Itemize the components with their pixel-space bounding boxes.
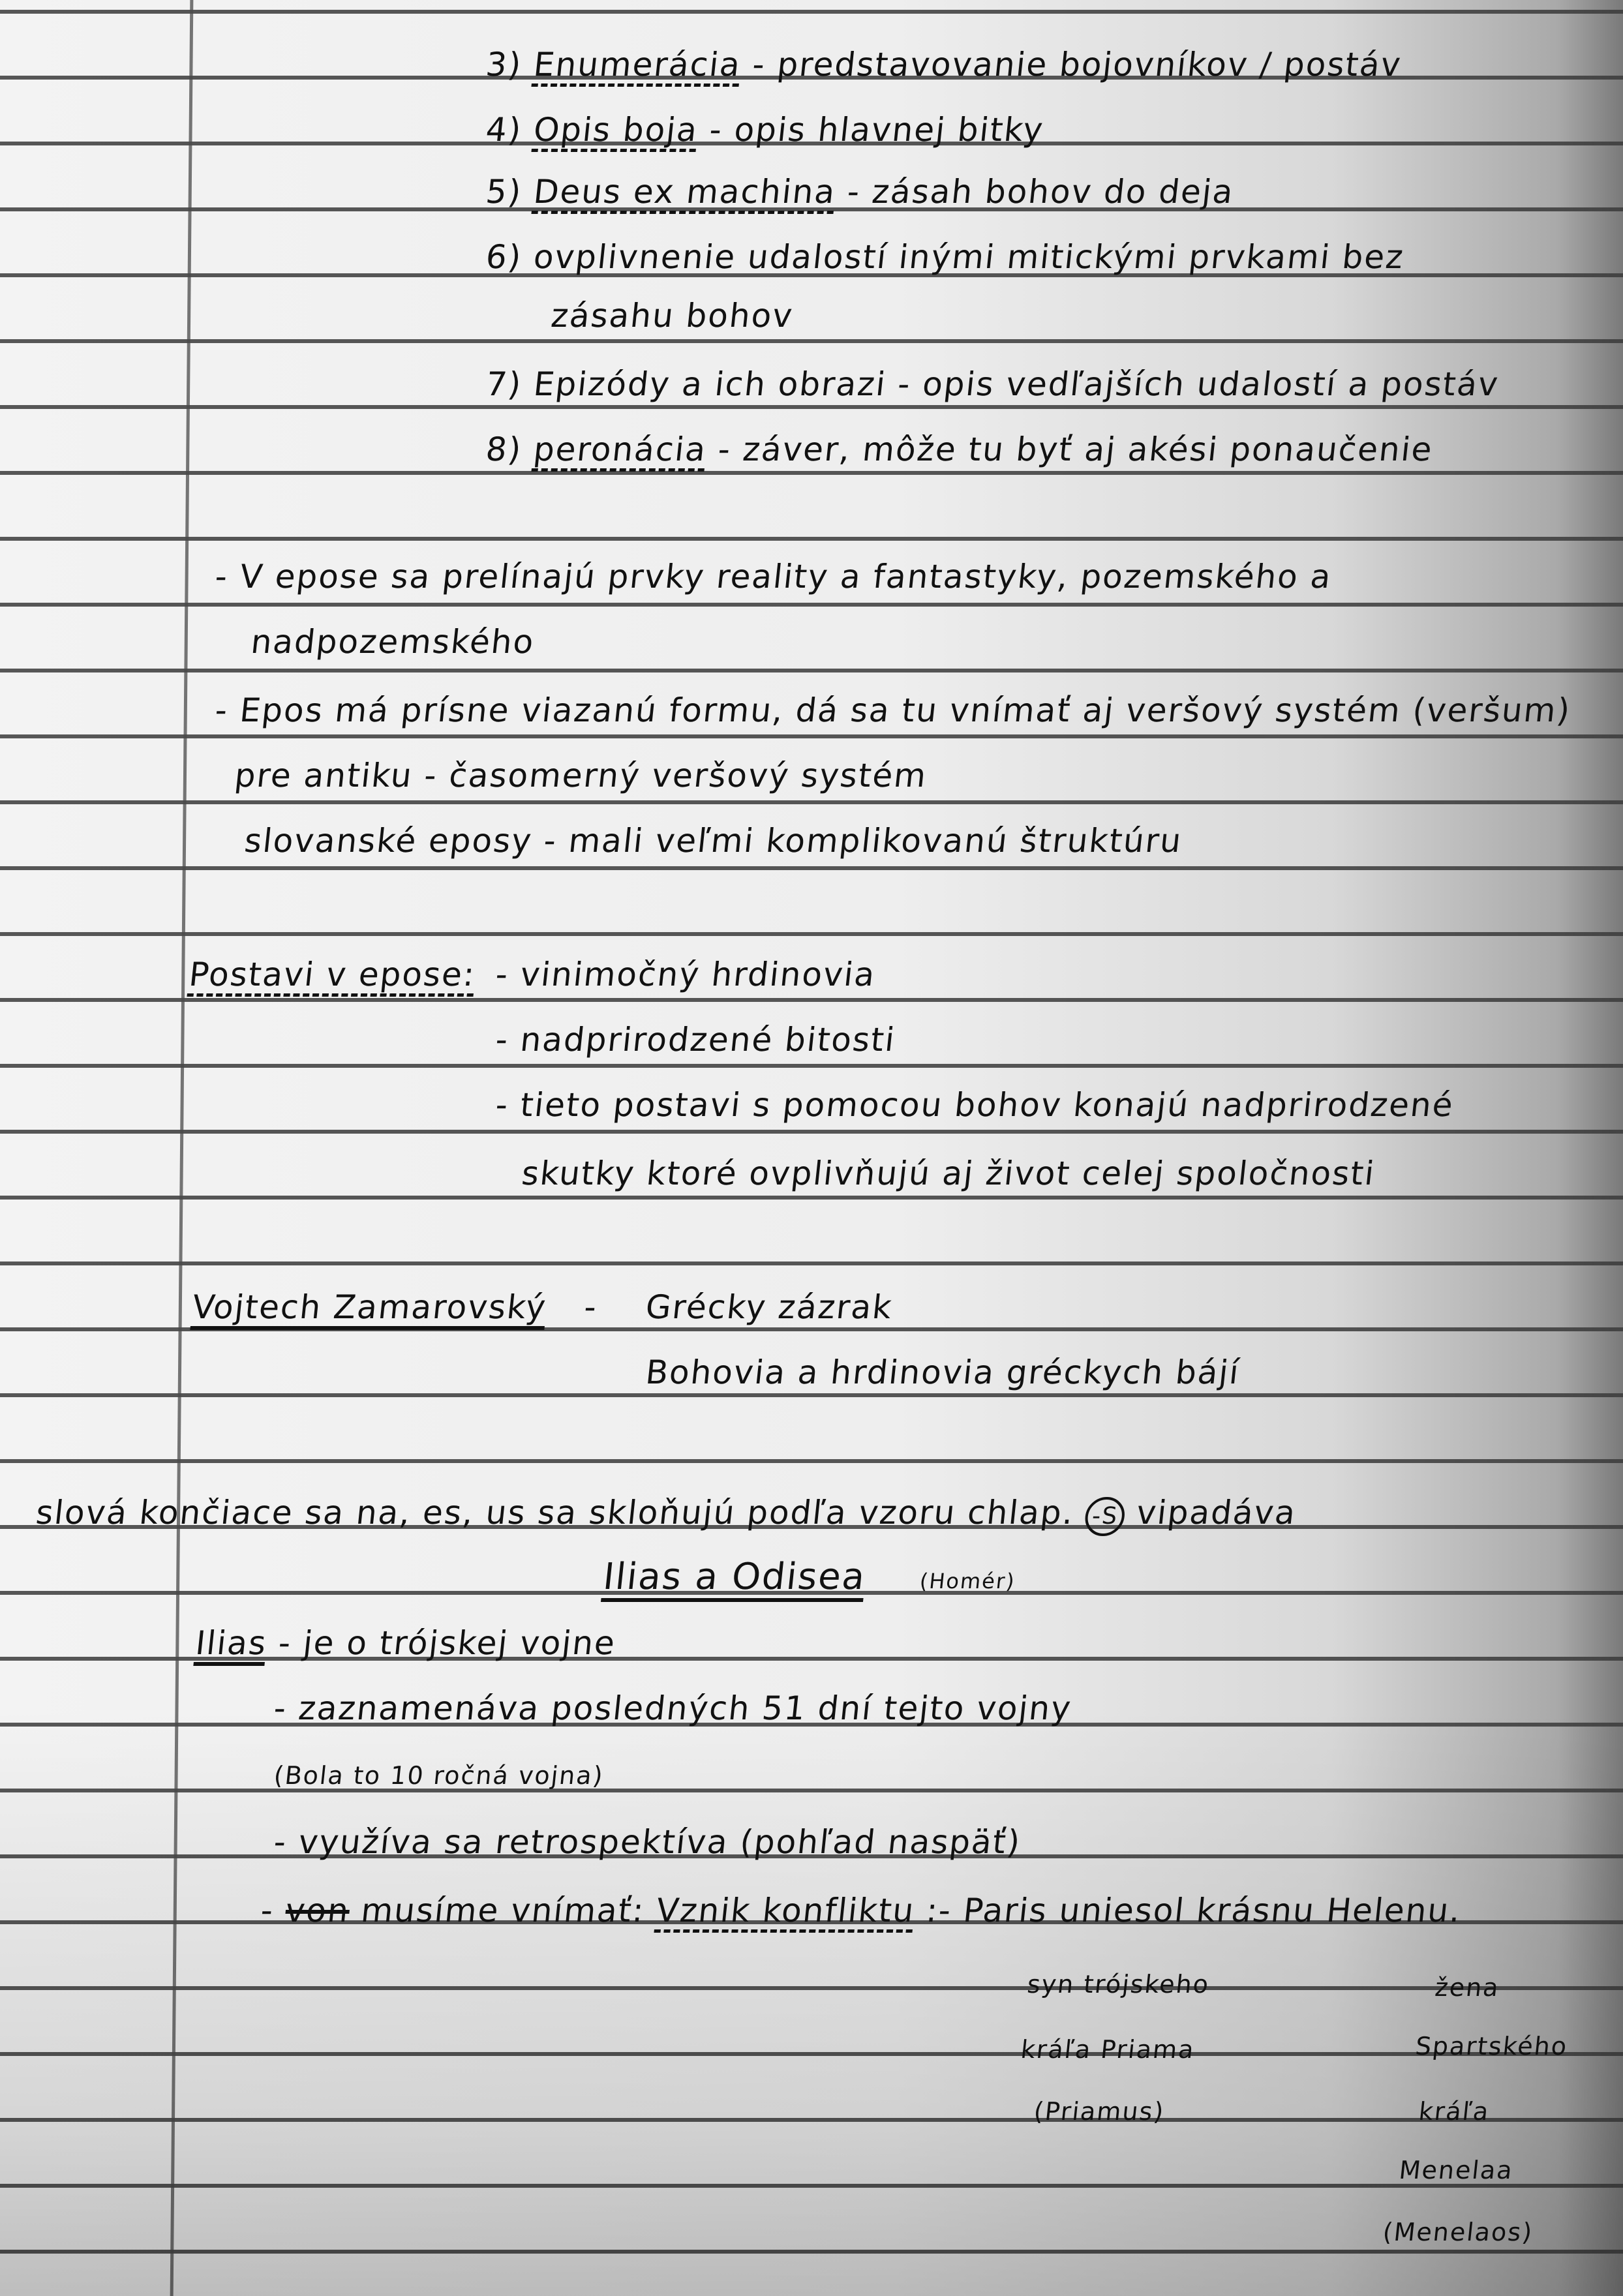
grammar-note: slová končiace sa na, es, us sa skloňujú…: [34, 1494, 1299, 1536]
feature-2-line2: pre antiku - časomerný veršový systém: [233, 757, 929, 794]
ruled-line: [0, 603, 1623, 607]
work-title-1: Grécky zázrak: [644, 1288, 895, 1326]
ruled-line: [0, 932, 1623, 936]
margin-line: [170, 0, 194, 2296]
paris-note-3: (Priamus): [1033, 2097, 1166, 2126]
list-item-5: 5) Deus ex machina - zásah bohov do deja: [484, 173, 1236, 211]
ruled-line: [0, 1393, 1623, 1397]
characters-item-1: - vinimočný hrdinovia: [494, 956, 877, 993]
helen-note-3: kráľa: [1418, 2097, 1491, 2126]
section-title: Ilias a Odisea: [601, 1556, 868, 1598]
list-item-4: 4) Opis boja - opis hlavnej bitky: [484, 111, 1046, 149]
ruled-line: [0, 405, 1623, 409]
ruled-line: [0, 2052, 1623, 2056]
iliad-point-3: - využíva sa retrospektíva (pohľad naspä…: [272, 1823, 1023, 1861]
helen-note-5: (Menelaos): [1382, 2218, 1535, 2246]
work-title-2: Bohovia a hrdinovia gréckych bájí: [644, 1353, 1242, 1391]
feature-2-line1: - Epos má prísne viazanú formu, dá sa tu…: [213, 691, 1573, 729]
list-item-6: 6) ovplivnenie udalostí inými mitickými …: [484, 238, 1406, 276]
author-name: Vojtech Zamarovský -: [190, 1288, 599, 1326]
ruled-line: [0, 10, 1623, 14]
crossed-out-word: von: [284, 1892, 352, 1929]
characters-item-2: - nadprirodzené bitosti: [494, 1021, 898, 1059]
notebook-page: 3) Enumerácia - predstavovanie bojovníko…: [0, 0, 1623, 2296]
ruled-line: [0, 1459, 1623, 1463]
characters-item-4: skutky ktoré ovplivňujú aj život celej s…: [520, 1155, 1377, 1192]
list-item-7: 7) Epizódy a ich obrazi - opis vedľajšíc…: [484, 365, 1501, 403]
term-peronacia: peronácia: [532, 430, 709, 472]
list-item-8: 8) peronácia - záver, môže tu byť aj aké…: [484, 430, 1435, 468]
ruled-line: [0, 2184, 1623, 2188]
ruled-line: [0, 1986, 1623, 1990]
ruled-line: [0, 1789, 1623, 1792]
ruled-line: [0, 2250, 1623, 2254]
ruled-line: [0, 1261, 1623, 1265]
ruled-line: [0, 800, 1623, 804]
feature-1-line2: nadpozemského: [249, 623, 536, 661]
ruled-line: [0, 471, 1623, 475]
list-item-3: 3) Enumerácia - predstavovanie bojovníko…: [484, 46, 1404, 83]
ruled-line: [0, 998, 1623, 1002]
characters-item-3: - tieto postavi s pomocou bohov konajú n…: [494, 1086, 1456, 1124]
term-deus-ex-machina: Deus ex machina: [532, 173, 838, 214]
conflict-line: - von musíme vnímať: Vznik konfliktu :- …: [259, 1892, 1463, 1929]
characters-heading: Postavi v epose:: [187, 956, 478, 993]
ruled-line: [0, 669, 1623, 672]
feature-3-line1: slovanské eposy - mali veľmi komplikovan…: [243, 822, 1184, 860]
paris-note-1: syn trójskeho: [1026, 1970, 1211, 1999]
helen-note-1: žena: [1434, 1973, 1501, 2002]
iliad-point-1: - zaznamenáva posledných 51 dní tejto vo…: [272, 1689, 1074, 1727]
list-item-6-continuation: zásahu bohov: [549, 297, 795, 335]
term-opis-boja: Opis boja: [532, 111, 700, 152]
ruled-line: [0, 537, 1623, 541]
iliad-intro: Ilias - je o trójskej vojne: [194, 1624, 618, 1662]
term-vznik-konfliktu: Vznik konfliktu: [654, 1892, 917, 1933]
helen-note-2: Spartského: [1414, 2032, 1570, 2061]
ruled-line: [0, 1064, 1623, 1068]
ruled-line: [0, 1196, 1623, 1200]
term-enumeracia: Enumerácia: [532, 46, 743, 87]
ruled-line: [0, 734, 1623, 738]
feature-1-line1: - V epose sa prelínajú prvky reality a f…: [213, 558, 1334, 596]
paris-note-2: kráľa Priama: [1020, 2035, 1196, 2064]
ruled-line: [0, 339, 1623, 343]
ruled-line: [0, 866, 1623, 870]
ruled-line: [0, 1130, 1623, 1134]
author-note: (Homér): [918, 1569, 1017, 1594]
helen-note-4: Menelaa: [1398, 2156, 1515, 2184]
circled-s: -S: [1084, 1497, 1127, 1536]
ruled-line: [0, 2118, 1623, 2122]
iliad-point-2: (Bola to 10 ročná vojna): [273, 1761, 605, 1790]
